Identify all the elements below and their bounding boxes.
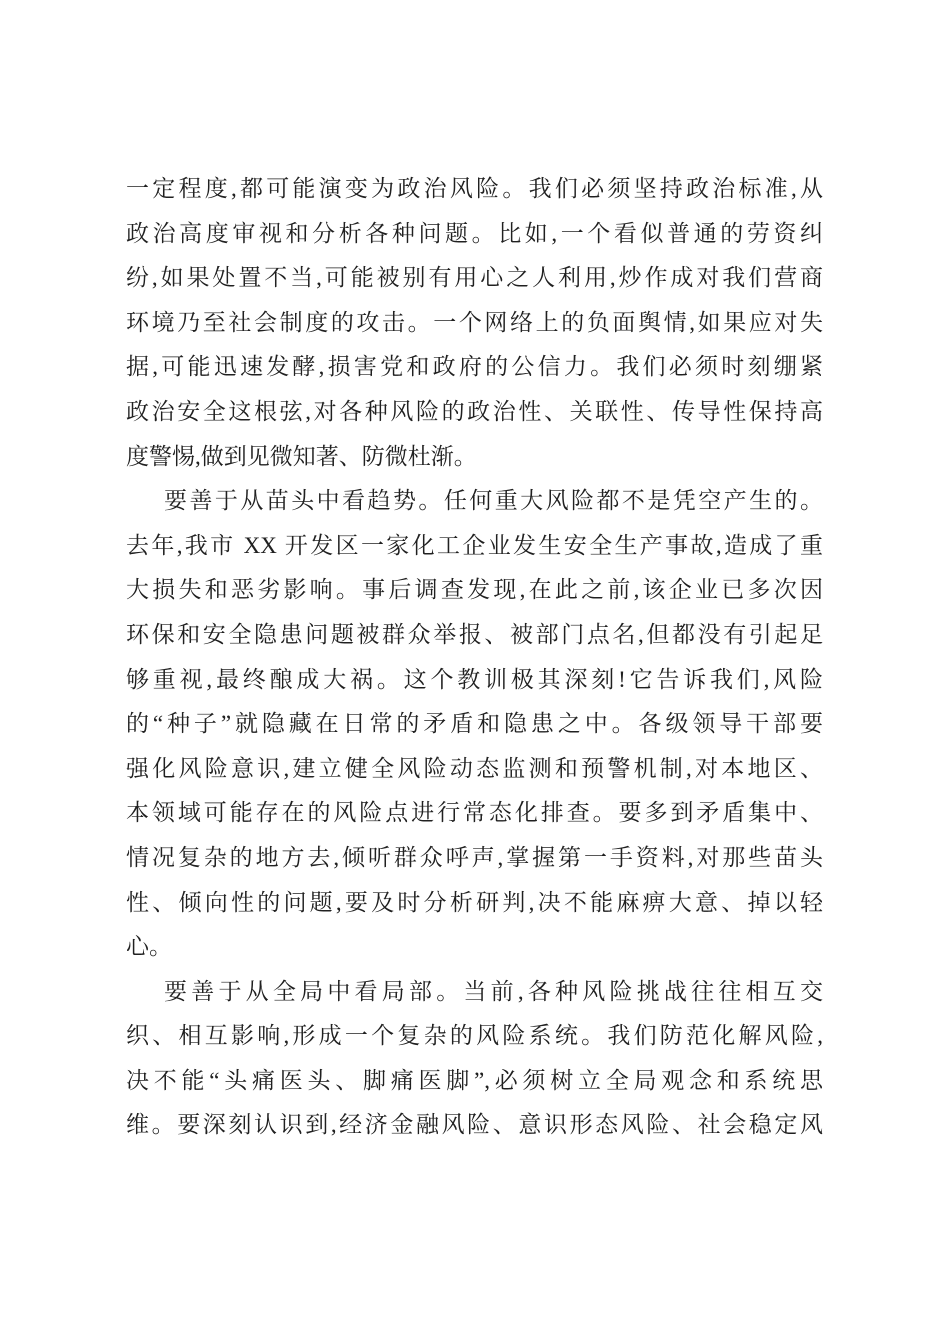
text-line: 去年,我市 XX 开发区一家化工企业发生安全生产事故,造成了重 [126, 524, 823, 569]
document-body: 一定程度,都可能演变为政治风险。我们必须坚持政治标准,从政治高度审视和分析各种问… [126, 167, 823, 1148]
text-line: 政治安全这根弦,对各种风险的政治性、关联性、传导性保持高 [126, 390, 823, 435]
text-line: 环境乃至社会制度的攻击。一个网络上的负面舆情,如果应对失 [126, 301, 823, 346]
text-line: 据,可能迅速发酵,损害党和政府的公信力。我们必须时刻绷紧 [126, 345, 823, 390]
paragraph-spot-trends: 要善于从苗头中看趋势。任何重大风险都不是凭空产生的。去年,我市 XX 开发区一家… [126, 479, 823, 970]
paragraph-whole-vs-part: 要善于从全局中看局部。当前,各种风险挑战往往相互交织、相互影响,形成一个复杂的风… [126, 970, 823, 1148]
text-line: 的“种子”就隐藏在日常的矛盾和隐患之中。各级领导干部要 [126, 702, 823, 747]
text-line: 心。 [126, 925, 823, 970]
paragraph-political-risk: 一定程度,都可能演变为政治风险。我们必须坚持政治标准,从政治高度审视和分析各种问… [126, 167, 823, 479]
text-line: 一定程度,都可能演变为政治风险。我们必须坚持政治标准,从 [126, 167, 823, 212]
text-line: 度警惕,做到见微知著、防微杜渐。 [126, 435, 823, 480]
text-line: 本领域可能存在的风险点进行常态化排查。要多到矛盾集中、 [126, 791, 823, 836]
text-line: 环保和安全隐患问题被群众举报、被部门点名,但都没有引起足 [126, 613, 823, 658]
text-line: 强化风险意识,建立健全风险动态监测和预警机制,对本地区、 [126, 747, 823, 792]
text-line: 性、倾向性的问题,要及时分析研判,决不能麻痹大意、掉以轻 [126, 881, 823, 926]
text-line: 织、相互影响,形成一个复杂的风险系统。我们防范化解风险, [126, 1014, 823, 1059]
text-line: 纷,如果处置不当,可能被别有用心之人利用,炒作成对我们营商 [126, 256, 823, 301]
text-line: 大损失和恶劣影响。事后调查发现,在此之前,该企业已多次因 [126, 568, 823, 613]
text-line: 维。要深刻认识到,经济金融风险、意识形态风险、社会稳定风 [126, 1103, 823, 1148]
text-line: 够重视,最终酿成大祸。这个教训极其深刻!它告诉我们,风险 [126, 658, 823, 703]
text-line: 政治高度审视和分析各种问题。比如,一个看似普通的劳资纠 [126, 212, 823, 257]
text-line: 决不能“头痛医头、脚痛医脚”,必须树立全局观念和系统思 [126, 1059, 823, 1104]
document-page: 一定程度,都可能演变为政治风险。我们必须坚持政治标准,从政治高度审视和分析各种问… [0, 0, 950, 1344]
text-line: 要善于从苗头中看趋势。任何重大风险都不是凭空产生的。 [126, 479, 823, 524]
text-line: 情况复杂的地方去,倾听群众呼声,掌握第一手资料,对那些苗头 [126, 836, 823, 881]
text-line: 要善于从全局中看局部。当前,各种风险挑战往往相互交 [126, 970, 823, 1015]
